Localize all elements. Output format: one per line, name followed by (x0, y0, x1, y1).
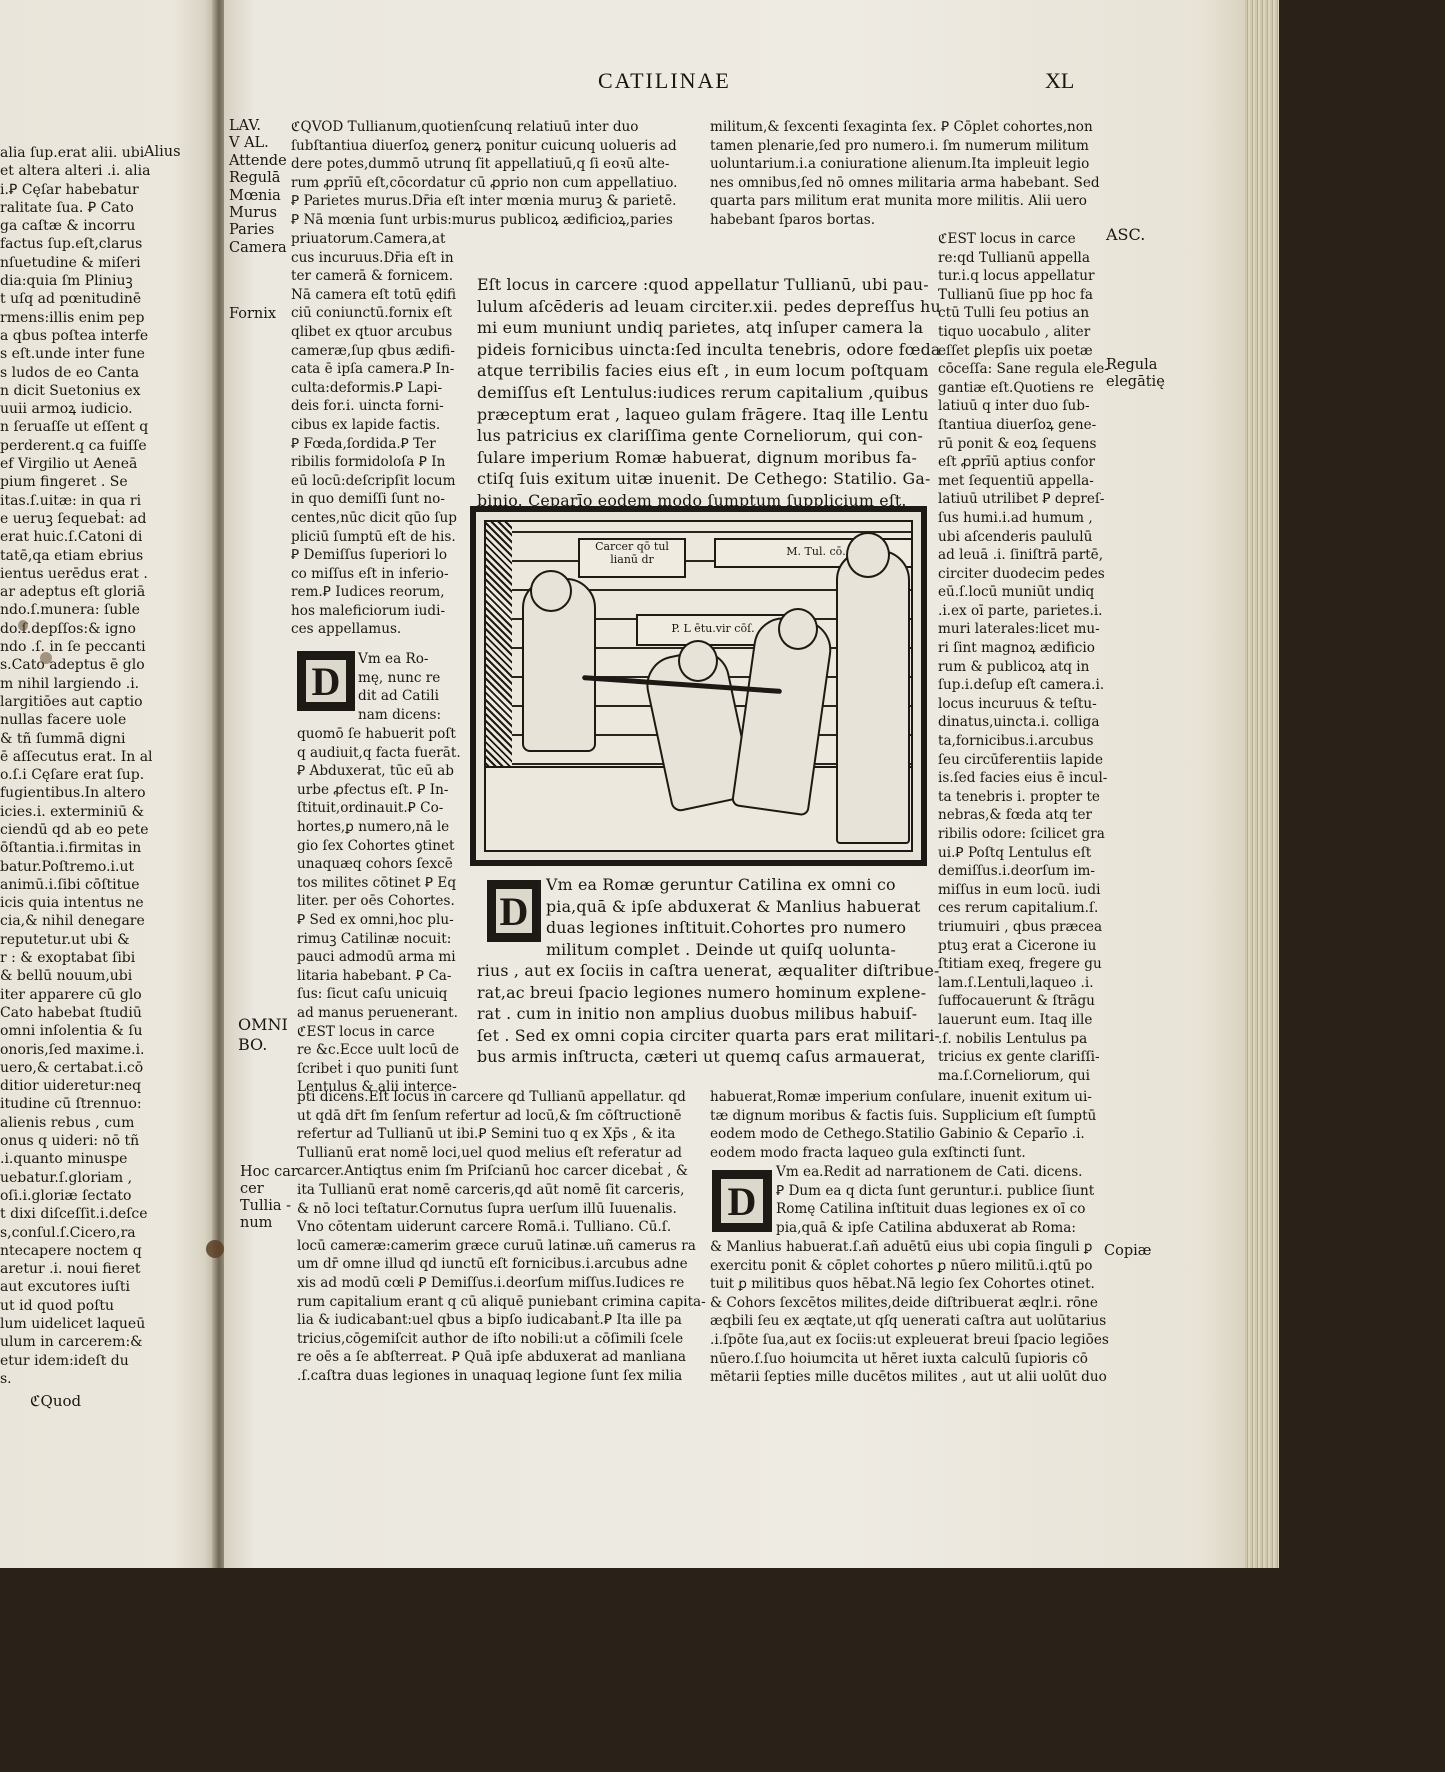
text-line: ſus humi.i.ad humum , (938, 509, 1109, 528)
commentary-bottom-right-beside-initial: Vm ea.Redit ad narrationem de Cati. dice… (776, 1163, 1094, 1237)
text-line: rat . cum in initio non amplius duobus m… (477, 1003, 940, 1025)
text-line: gio ſex Cohortes ꝯtinet (297, 837, 461, 856)
text-line: alia ſup.erat alii. ubi (0, 144, 153, 162)
text-line: ſtitiam exeq, fregere gu (938, 955, 1109, 974)
text-line: V AL. (229, 135, 287, 152)
text-line: qlibet ex qtuor arcubus (291, 323, 457, 342)
running-head: CATILINAE (598, 68, 731, 94)
text-line: ptuꝫ erat a Cicerone iu (938, 937, 1109, 956)
text-line: Vm ea Romæ geruntur Catilina ex omni co (546, 874, 921, 896)
text-line: ℭEST locus in carce (297, 1023, 461, 1042)
text-line: pium fingeret . Se (0, 473, 153, 491)
text-line: lauerunt eum. Itaq ille (938, 1011, 1109, 1030)
text-line: s ludos de eo Canta (0, 364, 153, 382)
text-line: tæ dignum moribus & factis ſuis. Supplic… (710, 1107, 1096, 1126)
text-line: Ꝑ Dum ea q dicta ſunt geruntur.i. public… (776, 1182, 1094, 1201)
text-line: militum,& ſexcenti ſexaginta ſex. Ꝑ Cōpl… (710, 118, 1100, 137)
text-line: urbe ꝓfectus eſt. Ꝑ In- (297, 781, 461, 800)
text-line: pideis fornicibus uincta:ſed inculta ten… (477, 339, 941, 361)
text-line: batur.Poſtremo.i.ut (0, 858, 153, 876)
page-edges (1245, 0, 1279, 1568)
text-line: Paries (229, 222, 287, 239)
text-line: cata ē ipſa camera.Ꝑ In- (291, 360, 457, 379)
text-line: ℭEST locus in carce (938, 230, 1109, 249)
text-line: tos milites cōtinet Ꝑ Eq (297, 874, 461, 893)
text-line: ntecapere noctem q (0, 1242, 153, 1260)
text-line: Ꝑ Fœda,ſordida.Ꝑ Ter (291, 435, 457, 454)
text-line: rum capitalium erant q cū aliquē punieba… (297, 1293, 706, 1312)
executioner-right-head (778, 608, 818, 650)
text-line: oſi.i.gloriæ ſectato (0, 1187, 153, 1205)
text-line: met ſequentiū appella- (938, 472, 1109, 491)
text-line: rum & publicoꝝ atq in (938, 658, 1109, 677)
text-line: ndo.ſ.munera: ſuble (0, 601, 153, 619)
commentary-top-right: militum,& ſexcenti ſexaginta ſex. Ꝑ Cōpl… (710, 118, 1100, 230)
text-line: eſſet ꝑlepſis uix poetæ (938, 342, 1109, 361)
text-line: nam dicens: (358, 706, 441, 725)
text-line: etur idem:ideſt du (0, 1352, 153, 1370)
text-line: onus q uideri: nō tñ (0, 1132, 153, 1150)
executioner-left-head (530, 570, 572, 612)
text-line: t uſq ad pœnitudinē (0, 290, 153, 308)
catchword: ℭQuod (30, 1393, 81, 1410)
text-line: ui.Ꝑ Poſtq Lentulus eſt (938, 844, 1109, 863)
text-line: & tñ ſummā digni (0, 730, 153, 748)
text-line: factus ſup.eſt,clarus (0, 235, 153, 253)
text-line: cer (240, 1181, 298, 1198)
text-line: r : & exoptabat ſibi (0, 949, 153, 967)
text-line: a qbus poſtea interfe (0, 327, 153, 345)
text-line: exercitu ponit & cōplet cohortes ꝑ nūero… (710, 1257, 1109, 1276)
text-line: circiter duodecim pedes (938, 565, 1109, 584)
text-line: re oēs a ſe abſterreat. Ꝑ Quā ipſe abdux… (297, 1348, 706, 1367)
text-line: iter apparere cū glo (0, 986, 153, 1004)
text-line: et altera alteri .i. alia (0, 162, 153, 180)
text-line: refertur ad Tullianū ut ibi.Ꝑ Semini tuo… (297, 1125, 706, 1144)
text-line: nſuetudine & miſeri (0, 254, 153, 272)
text-line: habebant ſparos bortas. (710, 211, 1100, 230)
cicero-head (846, 532, 890, 578)
foxing-stain (18, 620, 28, 631)
text-line: pauci admodū arma mi (297, 948, 461, 967)
text-line: aretur .i. noui fieret (0, 1260, 153, 1278)
text-line: demiſſus eſt Lentulus:iudices rerum capi… (477, 382, 941, 404)
text-line: eodem modo de Cethego.Statilio Gabinio &… (710, 1125, 1096, 1144)
text-line: ma.ſ.Corneliorum, qui (938, 1067, 1109, 1086)
text-line: ōſtantia.i.firmitas in (0, 839, 153, 857)
text-line: demiſſus.i.deorſum im- (938, 862, 1109, 881)
text-line: tiquo uocabulo , aliter (938, 323, 1109, 342)
text-line: ribilis formidoloſa Ꝑ In (291, 453, 457, 472)
text-line: re:qd Tullianū appella (938, 249, 1109, 268)
text-line: cus incuruus.Dr̄ia eſt in (291, 249, 457, 268)
text-line: OMNI (238, 1015, 288, 1035)
text-line: cia,& nihil denegare (0, 912, 153, 930)
text-line: carcer.Antiqtus enim ſm Priſcianū hoc ca… (297, 1162, 706, 1181)
margin-note-fornix: Fornix (229, 306, 276, 323)
text-line: icies.i. exterminiū & (0, 803, 153, 821)
text-line: tuit ꝑ militibus quos hēbat.Nā legio ſex… (710, 1275, 1109, 1294)
text-line: co miſſus eſt in inferio- (291, 565, 457, 584)
text-line: n ſeruaſſe ut eſſent q (0, 418, 153, 436)
commentary-bottom-left: pti dicens.Eſt locus in carcere qd Tulli… (297, 1088, 706, 1386)
commentary-bottom-right-continued: & Manlius habuerat.ſ.añ aduētū eius ubi … (710, 1238, 1109, 1387)
text-line: in quo demiſſi ſunt no- (291, 490, 457, 509)
text-line: ga caſtæ & incorru (0, 217, 153, 235)
margin-note-hoc-carcer: Hoc carcerTullia -num (240, 1164, 298, 1232)
text-line: tricius,cōgemiſcit author de iſto nobili… (297, 1330, 706, 1349)
text-line: locus incuruus & teſtu- (938, 695, 1109, 714)
text-line: o.ſ.i Cęſare erat ſup. (0, 766, 153, 784)
text-line: miſſus in eum locū. iudi (938, 881, 1109, 900)
text-line: ta,fornicibus.i.arcubus (938, 732, 1109, 751)
text-line: ſtituit,ordinauit.Ꝑ Co- (297, 799, 461, 818)
text-line: muri laterales:licet mu- (938, 620, 1109, 639)
text-line: alienis rebus , cum (0, 1114, 153, 1132)
text-line: eſt ꝓprīū aptius confor (938, 453, 1109, 472)
text-line: ſubſtantiua diuerſoꝝ generꝝ ponitur cuic… (291, 137, 677, 156)
text-line: latiuū q inter duo ſub- (938, 397, 1109, 416)
text-line: ciū coniunctū.fornix eſt (291, 304, 457, 323)
text-line: rem.Ꝑ Iudices reorum, (291, 583, 457, 602)
text-line: eodem modo fracta laqueo gula exſtincti … (710, 1144, 1096, 1163)
text-line: eū.ſ.locū muniūt undiq (938, 583, 1109, 602)
commentary-beside-initial: Vm ea Ro-mę, nunc redit ad Catilinam dic… (358, 650, 441, 724)
text-line: litaria habebant. Ꝑ Ca- (297, 967, 461, 986)
text-line: eū locū:deſcripſit locum (291, 472, 457, 491)
text-line: ri ſint magnoꝝ ædificio (938, 639, 1109, 658)
text-line: rius , aut ex ſociis in caſtra uenerat, … (477, 960, 940, 982)
text-line: & nō loci teſtatur.Cornutus ſupra uerſum… (297, 1200, 706, 1219)
text-line: is.ſed facies eius ē incul- (938, 769, 1109, 788)
text-line: lus patricius ex clariſſima gente Cornel… (477, 425, 941, 447)
text-line: aut excutores iuſti (0, 1278, 153, 1296)
text-line: q audiuit,q facta fuerāt. (297, 744, 461, 763)
text-line: ulum in carcerem:& (0, 1333, 153, 1351)
text-line: rū ponit & eoꝝ ſequens (938, 435, 1109, 454)
text-line: uebatur.ſ.gloriam , (0, 1169, 153, 1187)
text-line: culta:deformis.Ꝑ Lapi- (291, 379, 457, 398)
text-line: ientus uerēdus erat . (0, 565, 153, 583)
text-line: largitiōes aut captio (0, 693, 153, 711)
text-line: liter. per oēs Cohortes. (297, 892, 461, 911)
text-line: i.Ꝑ Cęſar habebatur (0, 181, 153, 199)
text-line: fugientibus.In altero (0, 784, 153, 802)
commentary-top-left: ℭQVOD Tullianum,quotienſcunq relatiuū in… (291, 118, 677, 230)
text-line: ctiſq ſuis exitum uitæ inuenit. De Cethe… (477, 468, 941, 490)
text-line: ndo .ſ. in ſe peccanti (0, 638, 153, 656)
text-line: mētarii ſepties mille ducētos milites , … (710, 1368, 1109, 1387)
text-line: Vm ea Ro- (358, 650, 441, 669)
text-line: itudine cū ſtrennuo: (0, 1095, 153, 1113)
text-line: rum ꝓprīū eſt,cōcordatur cū ꝓprio non cu… (291, 174, 677, 193)
text-line: s,conſul.ſ.Cicero,ra (0, 1224, 153, 1242)
text-line: s.Cato adeptus ē glo (0, 656, 153, 674)
text-line: ita Tullianū erat nomē carceris,qd aūt n… (297, 1181, 706, 1200)
text-line: Hoc car (240, 1164, 298, 1181)
text-line: & Manlius habuerat.ſ.añ aduētū eius ubi … (710, 1238, 1109, 1257)
text-line: rmens:illis enim pep (0, 309, 153, 327)
text-line: .i.ex oī parte, parietes.i. (938, 602, 1109, 621)
text-line: ces rerum capitalium.ſ. (938, 899, 1109, 918)
text-line: rimuꝫ Catilinæ nocuit: (297, 930, 461, 949)
text-line: tur.i.q locus appellatur (938, 267, 1109, 286)
text-line: Mœnia (229, 188, 287, 205)
text-line: re &c.Ecce uult locū de (297, 1041, 461, 1060)
commentary-left-column: priuatorum.Camera,atcus incuruus.Dr̄ia e… (291, 230, 457, 639)
text-line: ter camerā & fornicem. (291, 267, 457, 286)
text-line: atque terribilis facies eius eſt , in eu… (477, 360, 941, 382)
text-line: BO. (238, 1035, 288, 1055)
text-line: um dr̄ omne illud qd iunctū eſt fornicib… (297, 1255, 706, 1274)
text-line: num (240, 1215, 298, 1232)
text-line: deis for.i. uincta forni- (291, 397, 457, 416)
text-line: ad leuā .i. ſiniſtrā partē, (938, 546, 1109, 565)
text-line: duas legiones inſtituit.Cohortes pro num… (546, 917, 921, 939)
text-line: Camera (229, 240, 287, 257)
text-line: Nā camera eſt totū ędifi (291, 286, 457, 305)
text-line: quomō ſe habuerit poſt (297, 725, 461, 744)
text-line: pliciū ſumptū eſt de his. (291, 528, 457, 547)
left-page-text: alia ſup.erat alii. ubiet altera alteri … (0, 144, 153, 1388)
decorated-initial-d: D (297, 651, 355, 711)
text-line: gantiæ eſt.Quotiens re (938, 379, 1109, 398)
text-line: locū cameræ:camerim græce curuū latinæ.u… (297, 1237, 706, 1256)
sign-carcer: Carcer qō tullianū dr (578, 538, 686, 578)
text-line: rat,ac breui ſpacio legiones numero homi… (477, 982, 940, 1004)
folio-number: XL (1045, 68, 1074, 94)
text-line: xis ad modū cœli Ꝑ Demiſſus.i.deorſum mi… (297, 1274, 706, 1293)
text-line: tricius ex gente clariſſi- (938, 1048, 1109, 1067)
text-line: ut id quod poſtu (0, 1297, 153, 1315)
cicero-figure (836, 550, 910, 844)
text-line: ſtantiua diuerſoꝝ gene- (938, 416, 1109, 435)
commentary-right-column: ℭEST locus in carcere:qd Tullianū appell… (938, 230, 1109, 1085)
text-line: uoluntarium.i.a coniuratione alienum.Ita… (710, 155, 1100, 174)
woodcut-illustration: Carcer qō tullianū dr M. Tul. cō. P. L ē… (470, 506, 927, 866)
text-line: Ꝑ Sed ex omni,hoc plu- (297, 911, 461, 930)
text-line: quarta pars militum erat munita more mil… (710, 192, 1100, 211)
text-line: s eſt.unde inter fune (0, 345, 153, 363)
text-line: Cato habebat ſtudiū (0, 1004, 153, 1022)
commentary-bottom-right: habuerat,Romæ imperium conſulare, inueni… (710, 1088, 1096, 1162)
margin-note-copia: Copiæ (1104, 1243, 1151, 1260)
text-line: ctū Tulli ſeu potius an (938, 304, 1109, 323)
main-text-block-2: rius , aut ex ſociis in caſtra uenerat, … (477, 960, 940, 1068)
commentary-left-continued: quomō ſe habuerit poſtq audiuit,q facta … (297, 725, 461, 1097)
text-line: nūero.ſ.ſuo hoiumcita ut hēret iuxta cal… (710, 1350, 1109, 1369)
text-line: pti dicens.Eſt locus in carcere qd Tulli… (297, 1088, 706, 1107)
text-line: habuerat,Romæ imperium conſulare, inueni… (710, 1088, 1096, 1107)
text-line: centes,nūc dicit qūo ſup (291, 509, 457, 528)
text-line: Ꝑ Nā mœnia ſunt urbis:murus publicoꝝ ædi… (291, 211, 677, 230)
text-line: Ꝑ Demiſſus ſuperiori lo (291, 546, 457, 565)
text-line: mę, nunc re (358, 669, 441, 688)
text-line: ſus: ſicut caſu unicuiq (297, 985, 461, 1004)
left-page: alia ſup.erat alii. ubiet altera alteri … (0, 0, 215, 1568)
text-line: bus armis inſtructa, cæteri ut quemq caſ… (477, 1046, 940, 1068)
text-line: cameræ,ſup qbus ædifi- (291, 342, 457, 361)
text-line: Tullia - (240, 1198, 298, 1215)
text-line: onoris,ſed maxime.i. (0, 1041, 153, 1059)
text-line: & bellū nouum,ubi (0, 967, 153, 985)
text-line: elegātię (1106, 374, 1165, 391)
text-line: æqbili ſeu ex æqtate,ut qſq uenerati caſ… (710, 1312, 1109, 1331)
text-line: dinatus,uincta.i. colliga (938, 713, 1109, 732)
text-line: lam.ſ.Lentuli,laqueo .i. (938, 974, 1109, 993)
text-line: s. (0, 1370, 153, 1388)
margin-note-asc: ASC. (1106, 226, 1145, 243)
margin-notes-top: LAV.V AL.AttendeRegulāMœniaMurusPariesCa… (229, 118, 287, 257)
text-line: ad manus peruenerant. (297, 1004, 461, 1023)
text-line: cibus ex lapide factis. (291, 416, 457, 435)
text-line: præceptum erat , laqueo gulam frāgere. I… (477, 404, 941, 426)
text-line: ralitate ſua. Ꝑ Cato (0, 199, 153, 217)
text-line: ſup.i.deſup eſt camera.i. (938, 676, 1109, 695)
text-line: omni inſolentia & ſu (0, 1022, 153, 1040)
text-line: animū.i.ſibi cōſtitue (0, 876, 153, 894)
text-line: uuii armoꝝ iudicio. (0, 400, 153, 418)
text-line: triumuiri , qbus præcea (938, 918, 1109, 937)
text-line: mi eum muniunt undiq parietes, atq inſup… (477, 317, 941, 339)
margin-note-omnibo: OMNIBO. (238, 1015, 288, 1055)
text-line: unaquæq cohors ſexcē (297, 855, 461, 874)
text-line: nullas facere uole (0, 711, 153, 729)
text-line: Ꝑ Abduxerat, tūc eū ab (297, 762, 461, 781)
text-line: ribilis odore: ſcilicet gra (938, 825, 1109, 844)
text-line: dit ad Catili (358, 687, 441, 706)
left-margin-note: Alius (144, 144, 181, 161)
main-text-block-2-beside-initial: Vm ea Romæ geruntur Catilina ex omni cop… (546, 874, 921, 960)
text-line: dere potes,dummō utrunq ſit appellatiuū,… (291, 155, 677, 174)
text-line: n dicit Suetonius ex (0, 382, 153, 400)
text-line: latiuū utrilibet Ꝑ depreſ- (938, 490, 1109, 509)
text-line: nebras,& fœda atq ter (938, 806, 1109, 825)
text-line: .i.quanto minuspe (0, 1150, 153, 1168)
text-line: .ſ.caſtra duas legiones in unaquaq legio… (297, 1367, 706, 1386)
text-line: Eſt locus in carcere :quod appellatur Tu… (477, 274, 941, 296)
text-line: pia,quā & ipſe Catilina abduxerat ab Rom… (776, 1219, 1094, 1238)
lentulus-head (678, 640, 718, 682)
text-line: ciendū qd ab eo pete (0, 821, 153, 839)
text-line: Tullianū ſiue pp hoc fa (938, 286, 1109, 305)
foxing-stain (40, 652, 52, 664)
text-line: priuatorum.Camera,at (291, 230, 457, 249)
text-line: ℭQVOD Tullianum,quotienſcunq relatiuū in… (291, 118, 677, 137)
text-line: militum complet . Deinde ut quiſq uolunt… (546, 939, 921, 961)
text-line: ſet . Sed ex omni copia circiter quarta … (477, 1025, 940, 1047)
text-line: ē aſſecutus erat. In al (0, 748, 153, 766)
text-line: & Cohors ſexcētos milites,deide diſtribu… (710, 1294, 1109, 1313)
text-line: Attende (229, 153, 287, 170)
text-line: lum uidelicet laqueū (0, 1315, 153, 1333)
margin-note-regula: Regulaelegātię (1106, 357, 1165, 391)
text-line: ditior uideretur:neq (0, 1077, 153, 1095)
text-line: cōceſſa: Sane regula ele- (938, 360, 1109, 379)
text-line: ef Virgilio ut Aeneā (0, 455, 153, 473)
text-line: Tullianū erat nomē loci,uel quod melius … (297, 1144, 706, 1163)
text-line: uero,& certabat.i.cō (0, 1059, 153, 1077)
wormhole-stain (206, 1240, 224, 1258)
text-line: ar adeptus eſt gloriā (0, 583, 153, 601)
main-text-block-1: Eſt locus in carcere :quod appellatur Tu… (477, 274, 941, 512)
text-line: lulum aſcēderis ad leuam circiter.xii. p… (477, 296, 941, 318)
text-line: t dixi diſceſſit.i.deſce (0, 1205, 153, 1223)
text-line: m nihil largiendo .i. (0, 675, 153, 693)
text-line: Romę Catilina inſtituit duas legiones ex… (776, 1200, 1094, 1219)
text-line: .i.ſpōte ſua,aut ex ſociis:ut expleuerat… (710, 1331, 1109, 1350)
text-line: hos maleficiorum iudi- (291, 602, 457, 621)
text-line: pia,quā & ipſe abduxerat & Manlius habue… (546, 896, 921, 918)
text-line: Vm ea.Redit ad narrationem de Cati. dice… (776, 1163, 1094, 1182)
text-line: ubi aſcenderis paululū (938, 528, 1109, 547)
text-line: ta tenebris i. propter te (938, 788, 1109, 807)
text-line: tatē,qa etiam ebrius (0, 547, 153, 565)
text-line: reputetur.ut ubi & (0, 931, 153, 949)
text-line: Ꝑ Parietes murus.Dr̄ia eſt inter mœnia m… (291, 192, 677, 211)
text-line: ces appellamus. (291, 620, 457, 639)
text-line: erat huic.ſ.Catoni di (0, 528, 153, 546)
text-line: perderent.q ca fuiſſe (0, 437, 153, 455)
text-line: hortes,ꝑ numero,nā le (297, 818, 461, 837)
decorated-initial-d: D (712, 1170, 772, 1232)
text-line: LAV. (229, 118, 287, 135)
text-line: lia & iudicabant:uel qbus a bipſo iudica… (297, 1311, 706, 1330)
text-line: ſulare imperium Romæ habuerat, dignum mo… (477, 447, 941, 469)
text-line: tamen plenarie,ſed pro numero.i. ſm nume… (710, 137, 1100, 156)
text-line: Regula (1106, 357, 1165, 374)
text-line: nes omnibus,ſed nō omnes militaria arma … (710, 174, 1100, 193)
text-line: ſcribeṫ i quo puniti ſunt (297, 1060, 461, 1079)
text-line: ſeu circūferentiis lapide (938, 751, 1109, 770)
text-line: dia:quia ſm Pliniuꝫ (0, 272, 153, 290)
text-line: itas.ſ.uitæ: in qua ri (0, 492, 153, 510)
text-line: e ueruꝫ ſequebaṫ: ad (0, 510, 153, 528)
decorated-initial-d: D (487, 880, 541, 942)
text-line: ſuffocauerunt & ſtrāgu (938, 992, 1109, 1011)
text-line: icis quia intentus ne (0, 894, 153, 912)
text-line: .ſ. nobilis Lentulus pa (938, 1030, 1109, 1049)
text-line: ut qdā dr̄t ſm ſenſum refertur ad locū,&… (297, 1107, 706, 1126)
text-line: Murus (229, 205, 287, 222)
text-line: Regulā (229, 170, 287, 187)
text-line: Vno cōtentam uiderunt carcere Romā.i. Tu… (297, 1218, 706, 1237)
